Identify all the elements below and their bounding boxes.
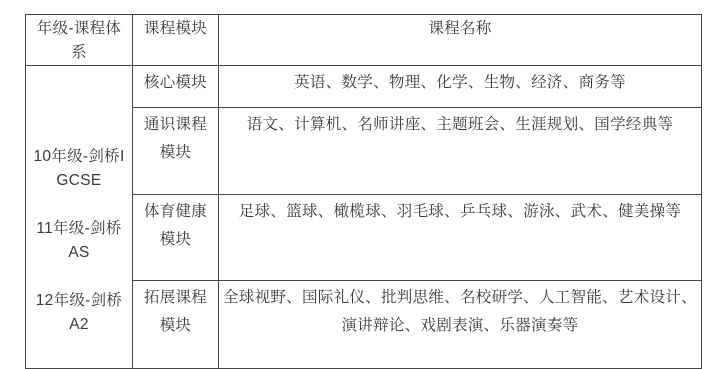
grade-label-10-igcse: 10年级-剑桥I GCSE <box>33 145 124 193</box>
module-cell-core: 核心模块 <box>133 66 219 108</box>
table-row-core: 10年级-剑桥I GCSE 11年级-剑桥 AS 12年级-剑桥 A2 核心模块… <box>26 66 702 108</box>
module-cell-general: 通识课程 模块 <box>133 107 219 194</box>
module-cell-sports: 体育健康 模块 <box>133 194 219 280</box>
courses-cell-core: 英语、数学、物理、化学、生物、经济、商务等 <box>219 66 702 108</box>
header-cell-module: 课程模块 <box>133 15 219 66</box>
grade-system-cell: 10年级-剑桥I GCSE 11年级-剑桥 AS 12年级-剑桥 A2 <box>26 66 133 327</box>
grade-label-stack: 10年级-剑桥I GCSE 11年级-剑桥 AS 12年级-剑桥 A2 <box>28 97 130 326</box>
grade-label-11-as: 11年级-剑桥 AS <box>36 217 121 265</box>
courses-cell-sports: 足球、篮球、橄榄球、羽毛球、乒乓球、游泳、武术、健美操等 <box>219 194 702 280</box>
grade-label-12-a2: 12年级-剑桥 A2 <box>36 289 123 327</box>
courses-cell-general: 语文、计算机、名师讲座、主题班会、生涯规划、国学经典等 <box>219 107 702 194</box>
course-table-container: 年级-课程体 系 课程模块 课程名称 10年级-剑桥I GCSE 11年级-剑桥… <box>25 14 702 326</box>
header-cell-grade-system: 年级-课程体 系 <box>26 15 133 66</box>
table-header-row: 年级-课程体 系 课程模块 课程名称 <box>26 15 702 66</box>
module-cell-extension: 拓展课程 模块 <box>133 280 219 326</box>
courses-cell-extension: 全球视野、国际礼仪、批判思维、名校研学、人工智能、艺术设计、 演讲辩论、戏剧表演… <box>219 280 702 326</box>
header-cell-course-names: 课程名称 <box>219 15 702 66</box>
course-table: 年级-课程体 系 课程模块 课程名称 10年级-剑桥I GCSE 11年级-剑桥… <box>25 14 702 326</box>
